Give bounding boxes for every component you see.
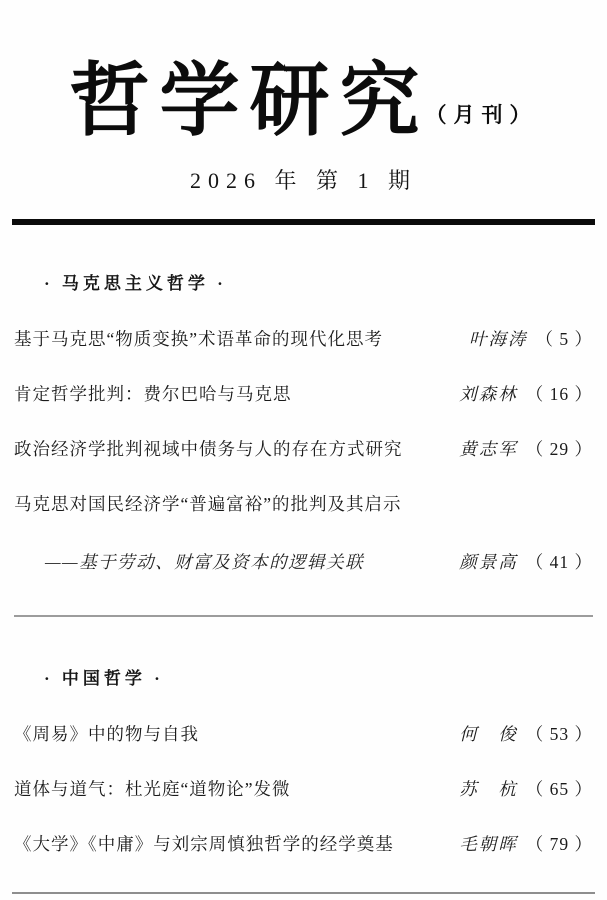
toc-item: 政治经济学批判视域中债务与人的存在方式研究 黄志军（ 29 ） [14,438,593,460]
journal-title: 哲学研究 [70,53,430,147]
toc-item: 肯定哲学批判：费尔巴哈与马克思 刘森林（ 16 ） [14,383,593,405]
journal-toc-page: 哲学研究（月刊） 2026 年 第 1 期 · 马克思主义哲学 · 基于马克思“… [0,0,607,900]
article-page: （ 16 ） [526,384,593,404]
article-ref: 何 俊（ 53 ） [459,723,593,745]
article-author: 颜景高 [459,552,518,572]
article-author: 叶海涛 [469,329,528,349]
article-author: 何 俊 [459,724,518,744]
article-author: 毛朝晖 [459,834,518,854]
article-ref: 毛朝晖（ 79 ） [459,833,593,855]
article-author: 苏 杭 [459,779,518,799]
toc-item: 基于马克思“物质变换”术语革命的现代化思考 叶海涛（ 5 ） [14,328,593,350]
section-header-chinese: · 中国哲学 · [44,664,607,689]
toc-item: 道体与道气：杜光庭“道物论”发微 苏 杭（ 65 ） [14,778,593,800]
article-ref: 叶海涛（ 5 ） [469,328,593,350]
toc-item: 《周易》中的物与自我 何 俊（ 53 ） [14,723,593,745]
toc-list-marxist: 基于马克思“物质变换”术语革命的现代化思考 叶海涛（ 5 ） 肯定哲学批判：费尔… [0,328,607,573]
article-page: （ 53 ） [526,724,593,744]
section-header-marxist: · 马克思主义哲学 · [44,269,607,294]
article-ref: 苏 杭（ 65 ） [459,778,593,800]
article-ref: 刘森林（ 16 ） [459,383,593,405]
article-author: 刘森林 [459,384,518,404]
article-page: （ 5 ） [536,329,594,349]
article-page: （ 65 ） [526,779,593,799]
article-page: （ 41 ） [526,552,593,572]
issue-line: 2026 年 第 1 期 [0,164,607,195]
article-title: 道体与道气：杜光庭“道物论”发微 [14,778,291,800]
section-divider-rule [14,615,593,617]
article-title: 肯定哲学批判：费尔巴哈与马克思 [14,383,292,405]
article-ref: 黄志军（ 29 ） [459,438,593,460]
article-title: 基于马克思“物质变换”术语革命的现代化思考 [14,328,383,350]
section-marxist-philosophy: · 马克思主义哲学 · 基于马克思“物质变换”术语革命的现代化思考 叶海涛（ 5… [0,269,607,573]
article-title: 《大学》《中庸》与刘宗周慎独哲学的经学奠基 [14,833,394,855]
article-page: （ 29 ） [526,439,593,459]
article-title: 政治经济学批判视域中债务与人的存在方式研究 [14,438,403,460]
masthead: 哲学研究（月刊） 2026 年 第 1 期 [0,0,607,195]
article-page: （ 79 ） [526,834,593,854]
article-author: 黄志军 [459,439,518,459]
journal-title-line: 哲学研究（月刊） [70,50,538,150]
toc-item-subtitle-line: ——基于劳动、财富及资本的逻辑关联 颜景高（ 41 ） [14,551,593,573]
article-ref: 颜景高（ 41 ） [459,551,593,573]
toc-item: 《大学》《中庸》与刘宗周慎独哲学的经学奠基 毛朝晖（ 79 ） [14,833,593,855]
journal-monthly-label: （月刊） [426,103,538,127]
toc-item: 马克思对国民经济学“普遍富裕”的批判及其启示 [14,493,593,515]
toc-list-chinese: 《周易》中的物与自我 何 俊（ 53 ） 道体与道气：杜光庭“道物论”发微 苏 … [0,723,607,855]
section-chinese-philosophy: · 中国哲学 · 《周易》中的物与自我 何 俊（ 53 ） 道体与道气：杜光庭“… [0,664,607,855]
top-double-rule [12,219,595,225]
article-subtitle: ——基于劳动、财富及资本的逻辑关联 [45,551,364,573]
article-title: 马克思对国民经济学“普遍富裕”的批判及其启示 [14,493,402,515]
bottom-rule [12,892,595,894]
article-title: 《周易》中的物与自我 [14,723,199,745]
